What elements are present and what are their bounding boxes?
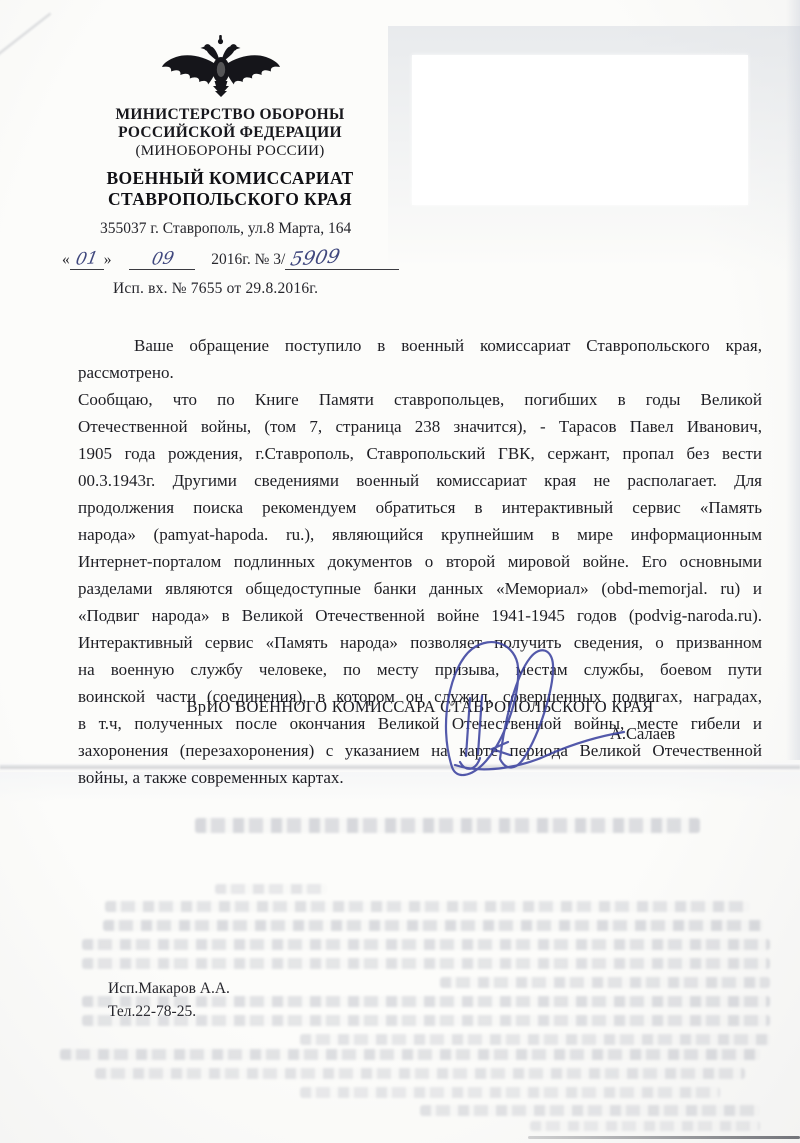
letter-body: Ваше обращение поступило в военный комис… — [78, 332, 762, 791]
body-line: продолжения поиска рекомендуем обратитьс… — [78, 494, 762, 521]
redaction-white-patch — [412, 55, 748, 205]
body-line: 1905 года рождения, г.Ставрополь, Ставро… — [78, 440, 762, 467]
incoming-reference: Исп. вх. № 7655 от 29.8.2016г. — [113, 280, 318, 298]
scan-shadow-right-edge — [786, 0, 800, 760]
scanned-letter-page: МИНИСТЕРСТВО ОБОРОНЫ РОССИЙСКОЙ ФЕДЕРАЦИ… — [0, 0, 800, 1143]
month-handwritten: 09 — [150, 248, 176, 269]
corner-crease — [0, 13, 51, 58]
body-line: Ваше обращение поступило в военный комис… — [78, 332, 762, 359]
bleed-through-line — [195, 818, 700, 833]
day-blank: 01 — [70, 249, 104, 270]
body-line: рассмотрено. — [78, 359, 762, 386]
body-line: на военную службу человеке, по месту при… — [78, 656, 762, 683]
bleed-through-line — [300, 1087, 720, 1098]
military-commissariat-name: ВОЕННЫЙ КОМИССАРИАТ СТАВРОПОЛЬСКОГО КРАЯ — [48, 168, 412, 210]
bleed-through-line — [440, 977, 770, 988]
bleed-through-line — [530, 1121, 760, 1131]
bleed-through-line — [95, 1068, 745, 1079]
handwritten-signature — [430, 632, 645, 784]
date-and-number-line: «01» 09 2016г. № 3/5909 — [62, 247, 399, 270]
body-line: Интерактивный сервис «Память народа» поз… — [78, 629, 762, 656]
executor-name: Исп.Макаров А.А. — [108, 977, 230, 1000]
year-number-prefix: 2016г. № 3/ — [211, 251, 285, 268]
quote-open: « — [62, 251, 70, 268]
scan-bottom-edge — [528, 1136, 800, 1139]
org-line1: ВОЕННЫЙ КОМИССАРИАТ — [48, 168, 412, 189]
body-line: войны, а также современных картах. — [78, 764, 762, 791]
number-blank: 5909 — [285, 247, 399, 270]
body-line: «Подвиг народа» в Великой Отечественной … — [78, 602, 762, 629]
executor-block: Исп.Макаров А.А. Тел.22-78-25. — [108, 977, 230, 1023]
bleed-through-line — [60, 1049, 760, 1060]
day-handwritten: 01 — [74, 248, 100, 269]
bleed-through-line — [215, 884, 327, 894]
bleed-through-line — [103, 920, 763, 931]
quote-close: » — [104, 251, 112, 268]
org-address: 355037 г. Ставрополь, ул.8 Марта, 164 — [100, 220, 351, 238]
mod-eagle-emblem-icon — [160, 34, 282, 100]
body-line: Интернет-порталом подлинных документов о… — [78, 548, 762, 575]
number-handwritten: 5909 — [289, 245, 342, 270]
ministry-line1: МИНИСТЕРСТВО ОБОРОНЫ — [60, 106, 400, 124]
org-line2: СТАВРОПОЛЬСКОГО КРАЯ — [48, 189, 412, 210]
bleed-through-line — [105, 901, 750, 912]
body-line: Сообщаю, что по Книге Памяти ставропольц… — [78, 386, 762, 413]
body-line: народа» (pamyat-hapoda. ru.), являющийся… — [78, 521, 762, 548]
bleed-through-line — [300, 1034, 770, 1045]
body-line: разделами являются общедоступные банки д… — [78, 575, 762, 602]
bleed-through-line — [82, 939, 770, 950]
ministry-line2: РОССИЙСКОЙ ФЕДЕРАЦИИ — [60, 124, 400, 142]
month-blank: 09 — [129, 249, 195, 270]
ministry-name: МИНИСТЕРСТВО ОБОРОНЫ РОССИЙСКОЙ ФЕДЕРАЦИ… — [60, 106, 400, 160]
bleed-through-line — [420, 1105, 760, 1116]
executor-phone: Тел.22-78-25. — [108, 1000, 230, 1023]
body-line: 00.3.1943г. Другими сведениями военный к… — [78, 467, 762, 494]
ministry-line3: (МИНОБОРОНЫ РОССИИ) — [60, 142, 400, 160]
bleed-through-line — [82, 958, 770, 969]
body-line: Отечественной войны, (том 7, страница 23… — [78, 413, 762, 440]
